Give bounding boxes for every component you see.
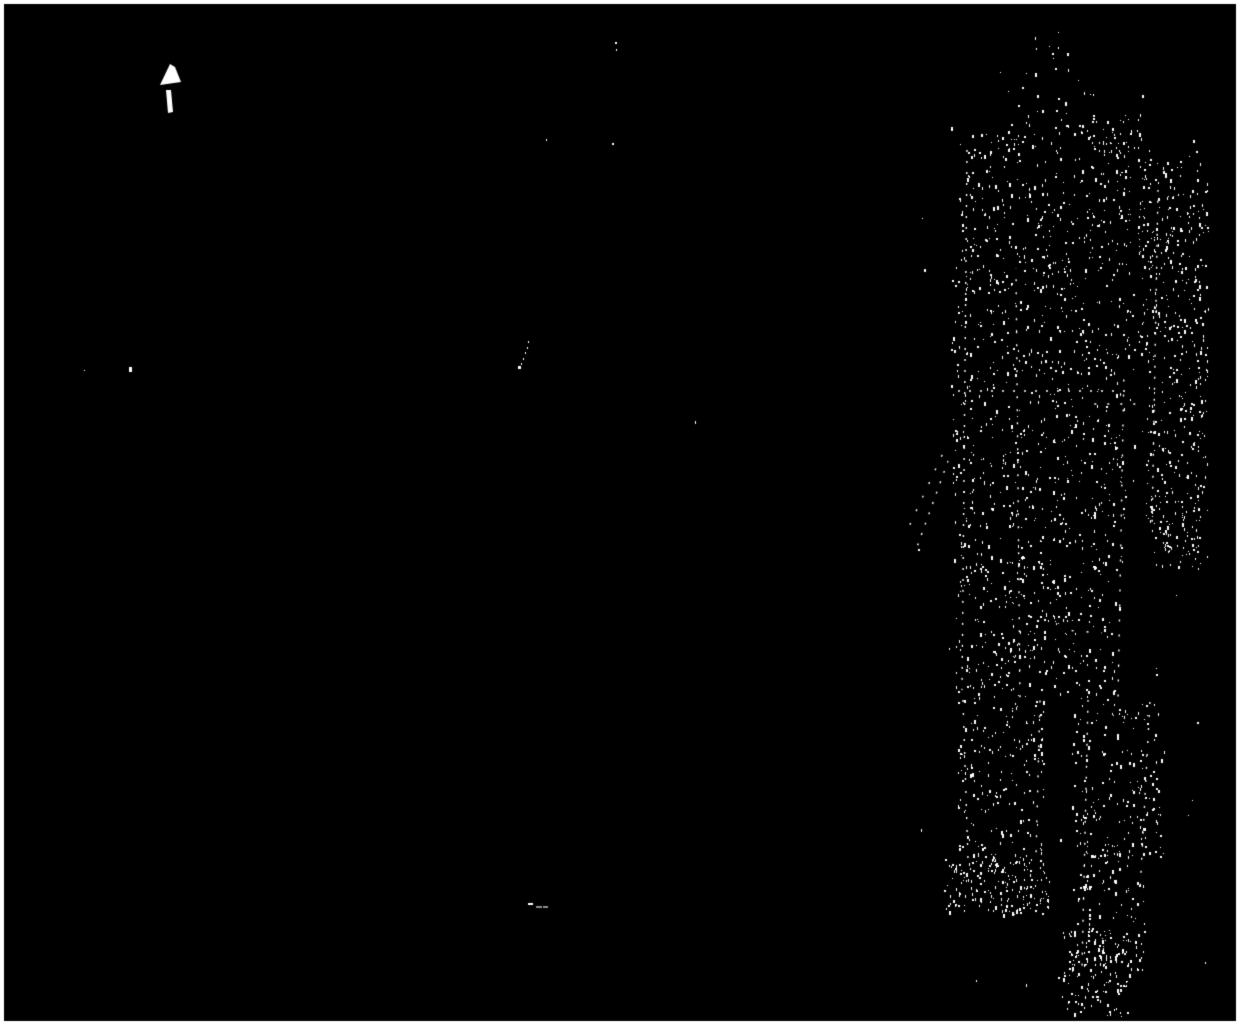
thresholded-figure-image [0, 0, 1240, 1025]
binary-image-frame [0, 0, 1240, 1025]
